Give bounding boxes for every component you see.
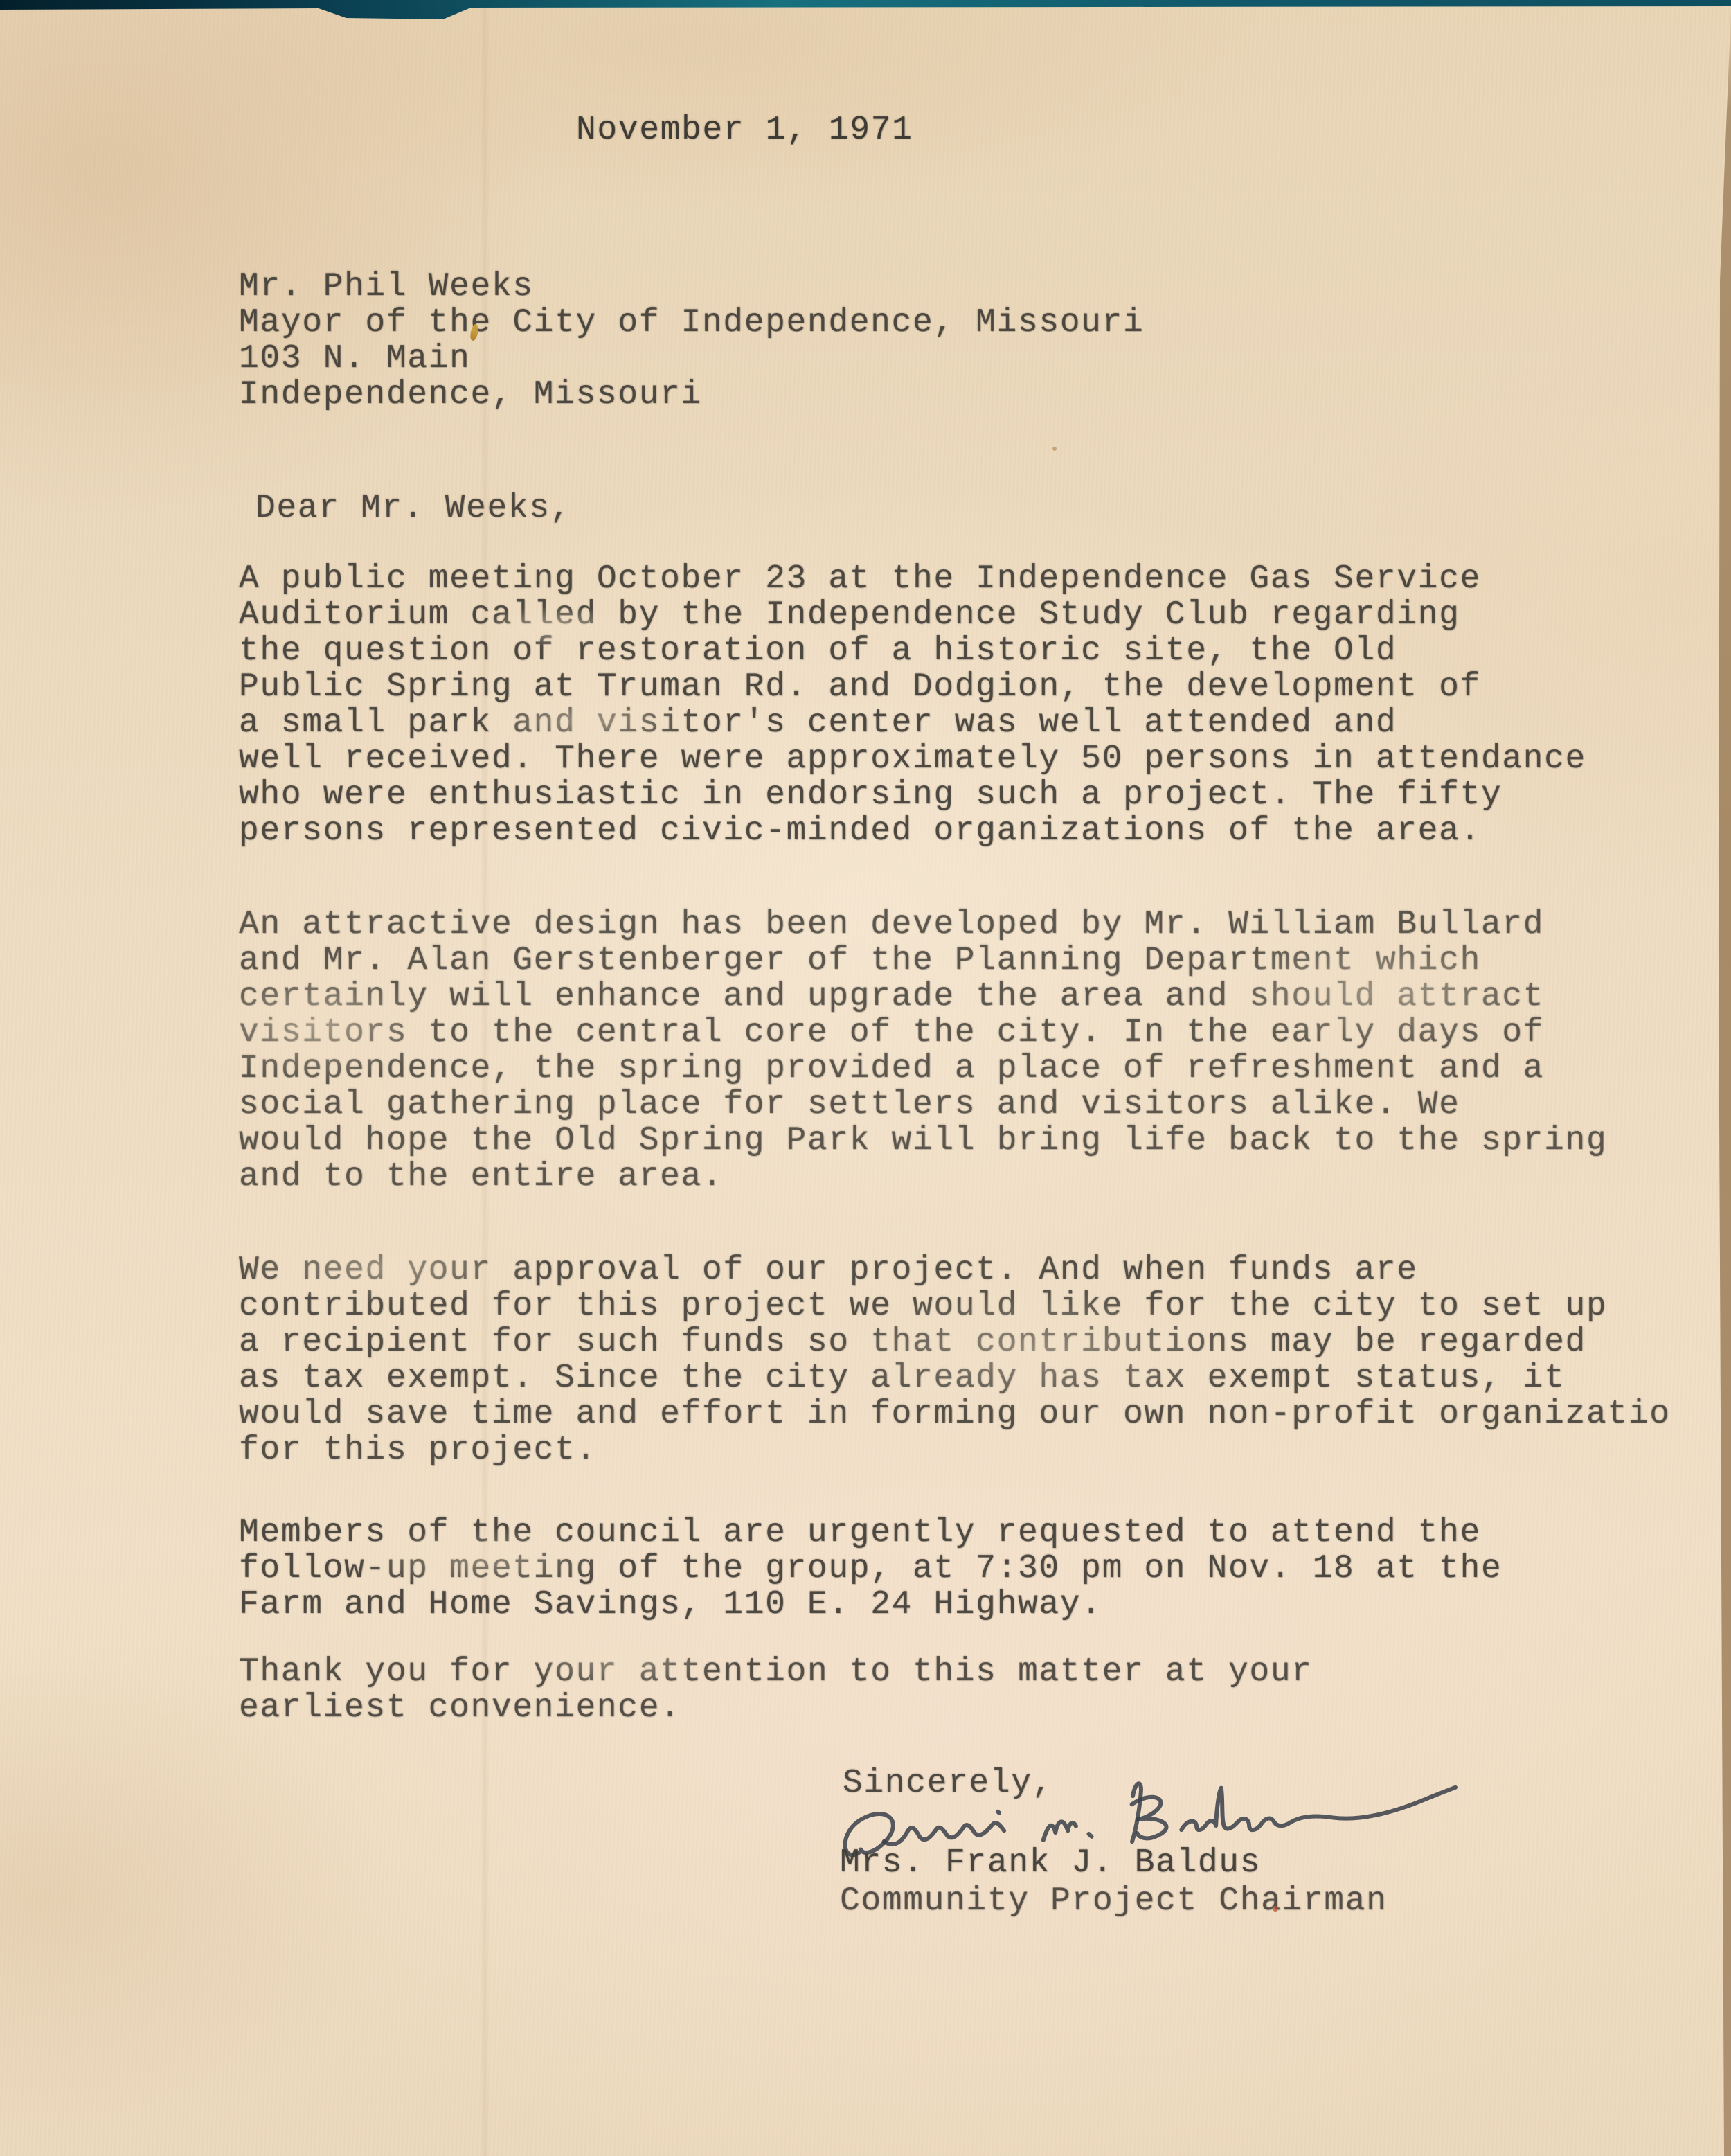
- date-line: November 1, 1971: [576, 112, 913, 148]
- paper-speck-red: [1273, 1906, 1278, 1912]
- recipient-address: Mr. Phil Weeks Mayor of the City of Inde…: [239, 269, 1144, 413]
- paper-speck-brown: [1052, 447, 1057, 451]
- letter-page: November 1, 1971 Mr. Phil Weeks Mayor of…: [0, 0, 1731, 2156]
- paragraph-5: Thank you for your attention to this mat…: [239, 1654, 1313, 1726]
- scanner-edge-strip-top: [0, 0, 1731, 21]
- signer-title: Community Project Chairman: [840, 1883, 1388, 1919]
- signer-name: Mrs. Frank J. Baldus: [840, 1845, 1261, 1881]
- paragraph-3: We need your approval of our project. An…: [239, 1252, 1671, 1468]
- paragraph-1: A public meeting October 23 at the Indep…: [239, 561, 1586, 849]
- paragraph-2: An attractive design has been developed …: [239, 907, 1607, 1195]
- scanner-edge-strip-right: [1713, 0, 1731, 2156]
- paragraph-4: Members of the council are urgently requ…: [239, 1515, 1502, 1623]
- salutation: Dear Mr. Weeks,: [255, 490, 571, 526]
